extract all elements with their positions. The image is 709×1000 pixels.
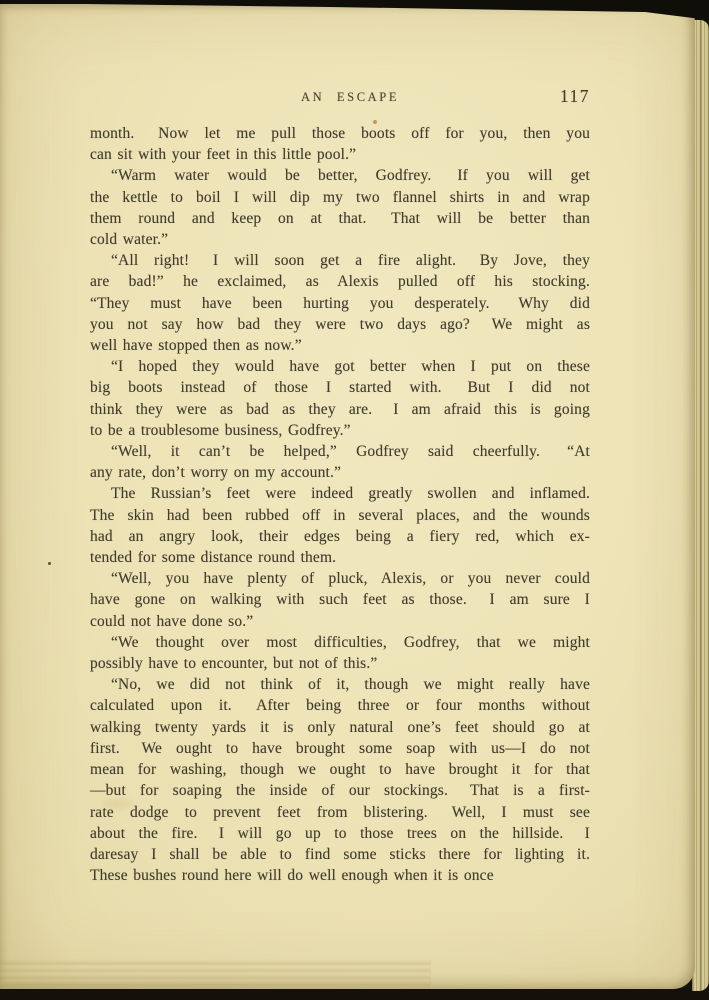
paragraph: “We thought over most difficulties, Godf…	[90, 632, 590, 674]
paragraph: “Well, you have plenty of pluck, Alexis,…	[90, 568, 590, 632]
text-line: well have stopped then as now.”	[90, 335, 590, 356]
text-line: “I hoped they would have got better when…	[90, 356, 590, 377]
book-page: AN ESCAPE 117 month. Now let me pull tho…	[0, 4, 695, 989]
text-line: “They must have been hurting you despera…	[90, 293, 590, 314]
text-line: about the fire. I will go up to those tr…	[90, 823, 590, 844]
text-line: daresay I shall be able to find some sti…	[90, 844, 590, 865]
text-line: have gone on walking with such feet as t…	[90, 589, 590, 610]
text-line: to be a troublesome business, Godfrey.”	[90, 420, 590, 441]
dark-speck	[48, 562, 51, 565]
text-line: can sit with your feet in this little po…	[90, 144, 590, 165]
text-line: first. We ought to have brought some soa…	[90, 738, 590, 759]
running-head: AN ESCAPE 117	[90, 90, 590, 112]
text-line: walking twenty yards it is only natural …	[90, 717, 590, 738]
text-line: “All right! I will soon get a fire aligh…	[90, 250, 590, 271]
text-line: —but for soaping the inside of our stock…	[90, 780, 590, 801]
paragraph: “No, we did not think of it, though we m…	[90, 674, 590, 886]
text-block: month. Now let me pull those boots off f…	[90, 123, 590, 886]
page-number: 117	[560, 86, 590, 107]
paragraph: “Warm water would be better, Godfrey. If…	[90, 165, 590, 250]
text-line: you not say how bad they were two days a…	[90, 314, 590, 335]
text-line: mean for washing, though we ought to hav…	[90, 759, 590, 780]
paper-stain	[100, 797, 134, 811]
text-line: cold water.”	[90, 229, 590, 250]
text-line: “Well, you have plenty of pluck, Alexis,…	[90, 568, 590, 589]
text-line: possibly have to encounter, but not of t…	[90, 653, 590, 674]
text-line: them round and keep on at that. That wil…	[90, 208, 590, 229]
orange-speck	[373, 120, 377, 124]
paragraph: “All right! I will soon get a fire aligh…	[90, 250, 590, 356]
text-line: The skin had been rubbed off in several …	[90, 505, 590, 526]
bottom-page-edge-streaks	[0, 959, 431, 989]
text-line: “Warm water would be better, Godfrey. If…	[90, 165, 590, 186]
text-line: think they were as bad as they are. I am…	[90, 399, 590, 420]
page-title: AN ESCAPE	[100, 90, 600, 105]
text-line: had an angry look, their edges being a f…	[90, 526, 590, 547]
text-line: “We thought over most difficulties, Godf…	[90, 632, 590, 653]
text-line: could not have done so.”	[90, 611, 590, 632]
text-line: “Well, it can’t be helped,” Godfrey said…	[90, 441, 590, 462]
text-line: rate dodge to prevent feet from blisteri…	[90, 802, 590, 823]
text-line: the kettle to boil I will dip my two fla…	[90, 187, 590, 208]
paragraph: “I hoped they would have got better when…	[90, 356, 590, 441]
paragraph: The Russian’s feet were indeed greatly s…	[90, 483, 590, 568]
text-line: calculated upon it. After being three or…	[90, 695, 590, 716]
paragraph: month. Now let me pull those boots off f…	[90, 123, 590, 165]
text-line: any rate, don’t worry on my account.”	[90, 462, 590, 483]
text-line: These bushes round here will do well eno…	[90, 865, 590, 886]
text-line: month. Now let me pull those boots off f…	[90, 123, 590, 144]
text-line: “No, we did not think of it, though we m…	[90, 674, 590, 695]
paragraph: “Well, it can’t be helped,” Godfrey said…	[90, 441, 590, 483]
text-line: big boots instead of those I started wit…	[90, 377, 590, 398]
text-line: are bad!” he exclaimed, as Alexis pulled…	[90, 271, 590, 292]
text-line: The Russian’s feet were indeed greatly s…	[90, 483, 590, 504]
text-line: tended for some distance round them.	[90, 547, 590, 568]
